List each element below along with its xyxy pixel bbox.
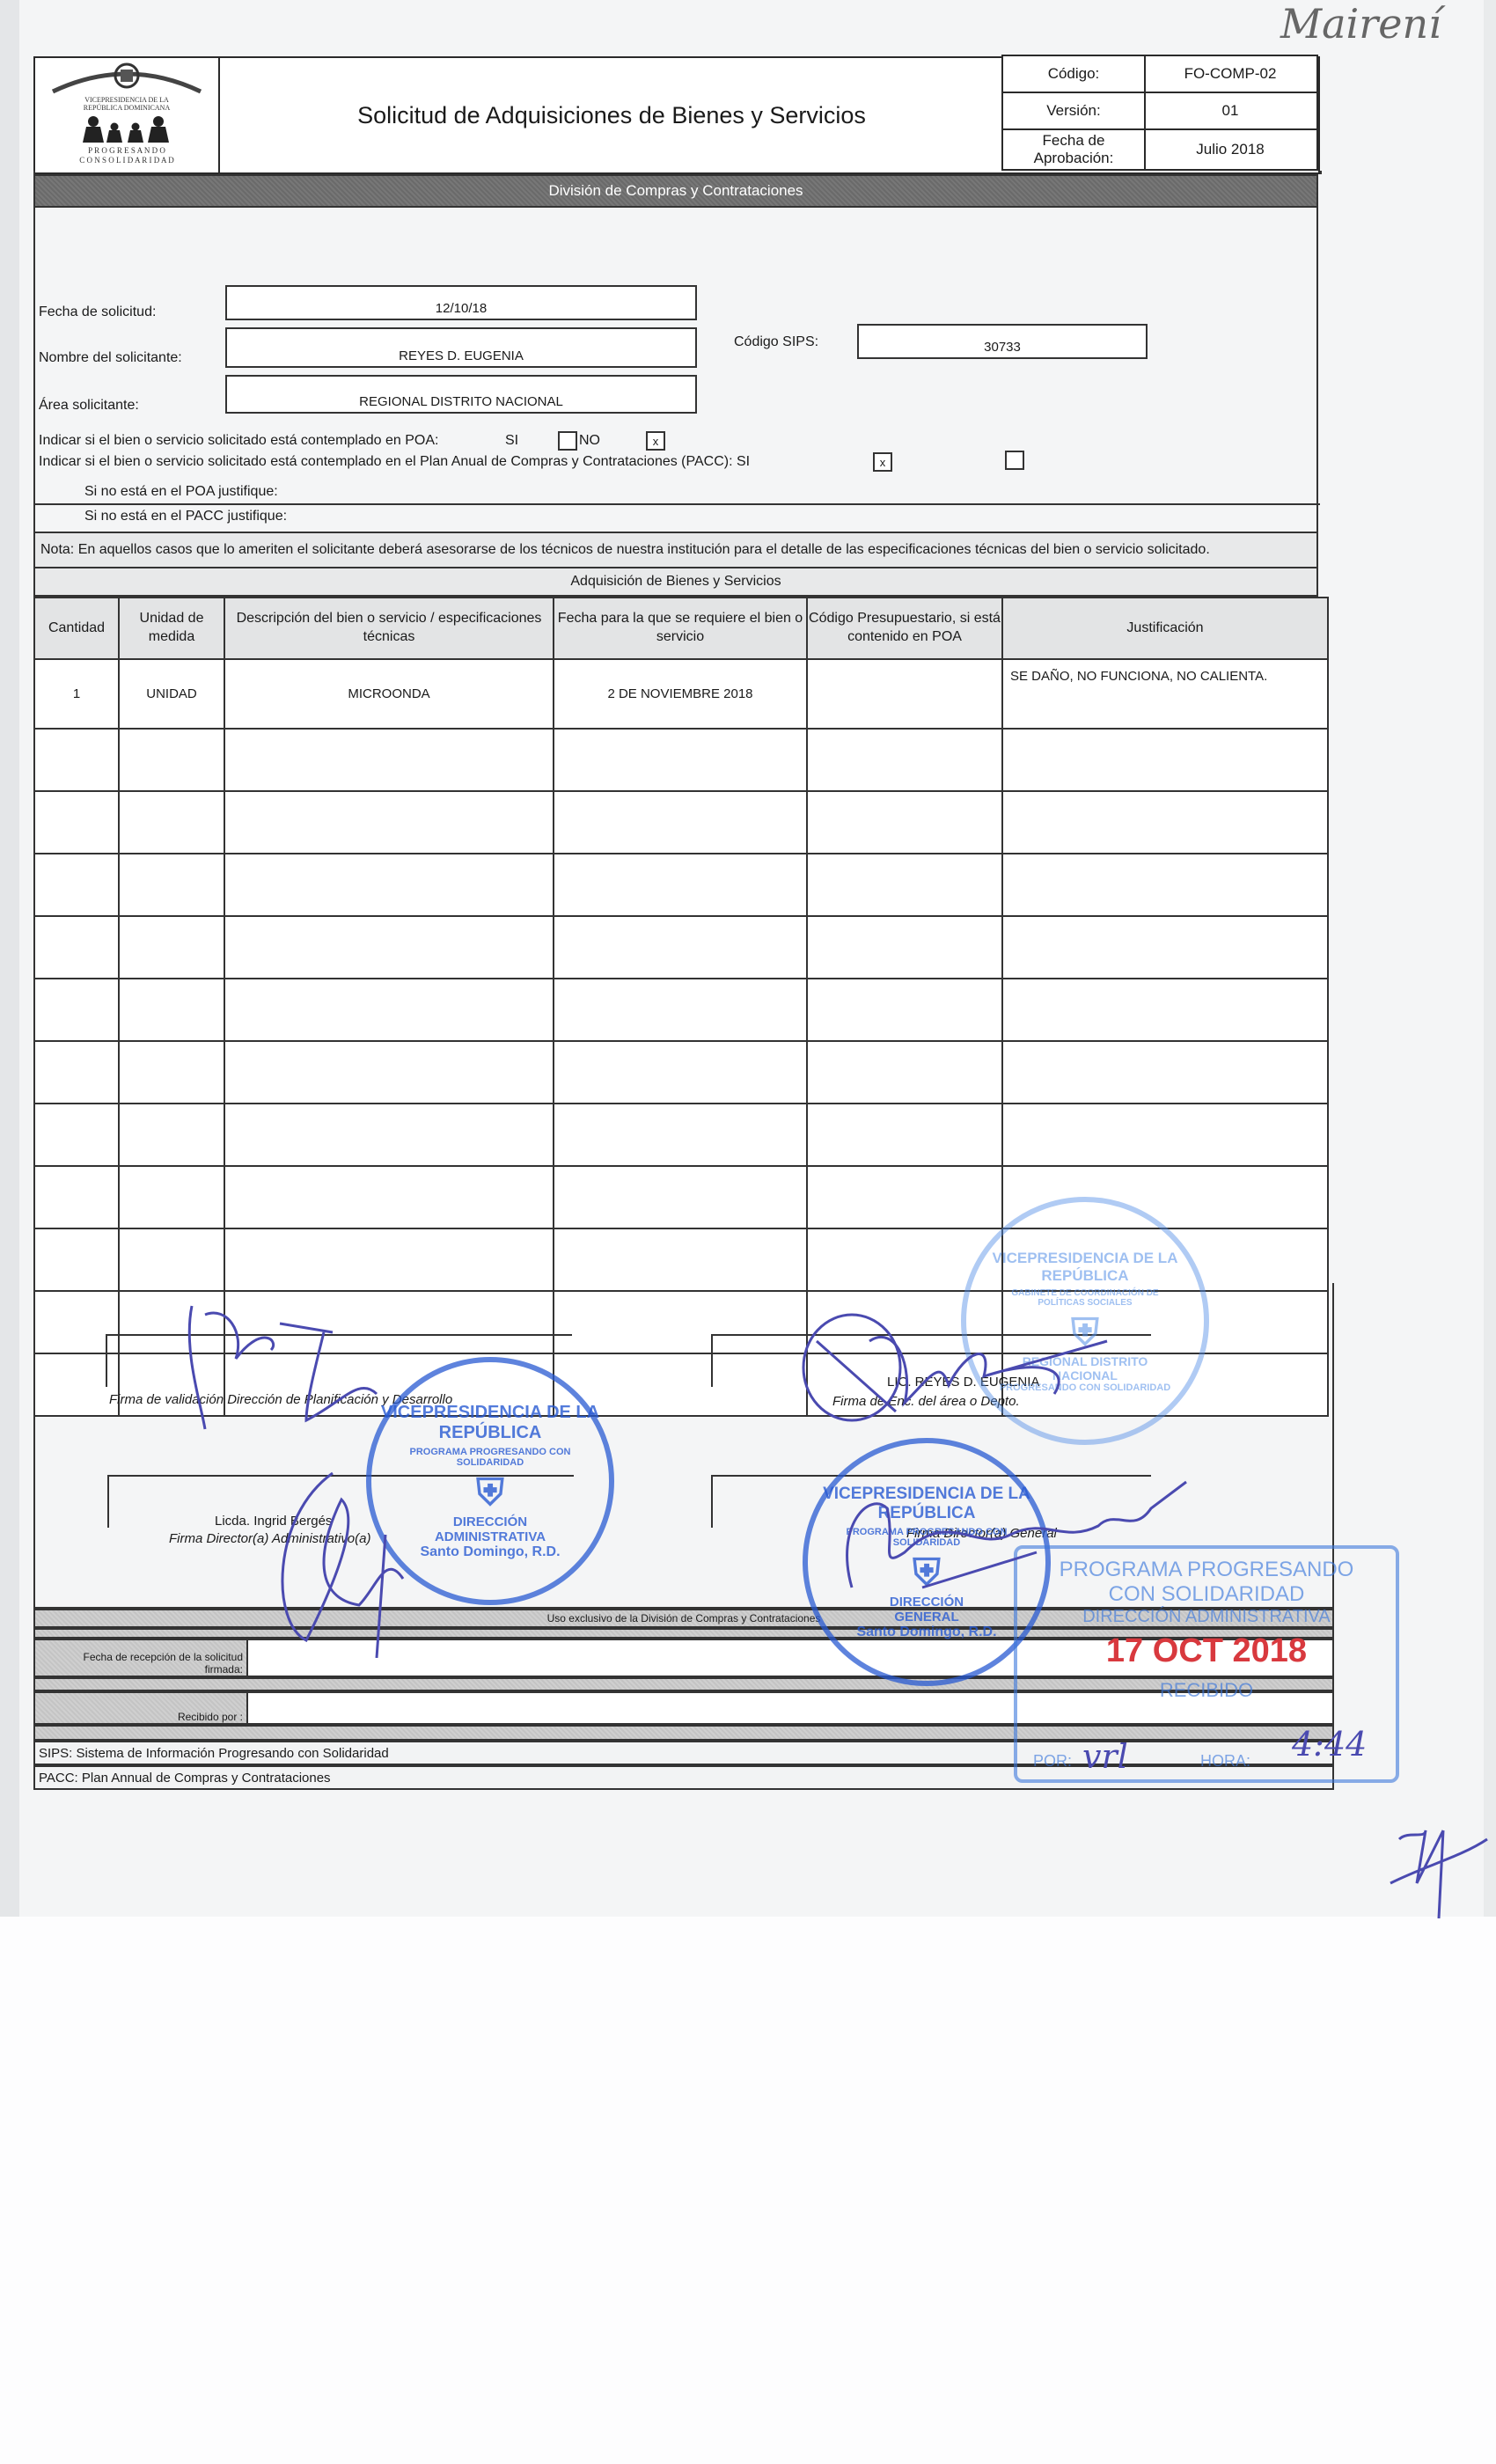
label-line: Fecha de recepción de la solicitud — [35, 1651, 243, 1663]
table-cell[interactable] — [34, 1041, 119, 1104]
meta-codigo: Código: FO-COMP-02 — [1001, 55, 1318, 93]
table-cell[interactable] — [1002, 1104, 1328, 1166]
table-cell[interactable] — [34, 1166, 119, 1228]
handwritten-annotation-top: Mairení — [1280, 0, 1441, 48]
logo-line-3: P R O G R E S A N D O — [35, 146, 218, 156]
fecha-field[interactable]: 12/10/18 — [225, 285, 697, 320]
stamp-text: RECIBIDO — [1017, 1679, 1396, 1702]
poa-justify-label: Si no está en el POA justifique: — [84, 484, 278, 500]
table-cell[interactable] — [807, 854, 1002, 916]
meta-value: FO-COMP-02 — [1144, 56, 1316, 92]
table-cell[interactable] — [34, 916, 119, 979]
table-cell[interactable] — [34, 729, 119, 791]
poa-si-label: SI — [505, 433, 518, 449]
table-cell[interactable]: MICROONDA — [224, 659, 554, 729]
table-cell[interactable] — [119, 1228, 224, 1291]
table-cell[interactable] — [34, 791, 119, 854]
col-unidad: Unidad de medida — [119, 598, 224, 659]
table-header-row: Cantidad Unidad de medida Descripción de… — [34, 598, 1328, 659]
col-fecha: Fecha para la que se requiere el bien o … — [554, 598, 807, 659]
received-by-handwriting: vrl — [1082, 1737, 1128, 1776]
table-cell[interactable] — [34, 1228, 119, 1291]
sips-field[interactable]: 30733 — [857, 324, 1148, 359]
table-row — [34, 916, 1328, 979]
meta-label: Fecha de Aprobación: — [1003, 130, 1146, 169]
form-header: VICEPRESIDENCIA DE LA REPÚBLICA DOMINICA… — [33, 56, 1320, 174]
form-meta: Código: FO-COMP-02 Versión: 01 Fecha de … — [1001, 55, 1318, 172]
stamp-text: HORA: — [1200, 1752, 1250, 1771]
signature-administrativo-icon — [253, 1464, 429, 1658]
table-cell[interactable] — [554, 729, 807, 791]
table-cell[interactable] — [807, 1166, 1002, 1228]
table-cell[interactable]: 1 — [34, 659, 119, 729]
col-descripcion: Descripción del bien o servicio / especi… — [224, 598, 554, 659]
table-cell[interactable]: UNIDAD — [119, 659, 224, 729]
received-time-handwriting: 4:44 — [1292, 1725, 1367, 1764]
initials-handwriting-icon — [1373, 1813, 1496, 1918]
signature-general-icon — [817, 1456, 1257, 1596]
poa-question: Indicar si el bien o servicio solicitado… — [39, 433, 438, 449]
table-cell[interactable] — [34, 979, 119, 1041]
meta-version: Versión: 01 — [1001, 92, 1318, 130]
stamp-text: VICEPRESIDENCIA DE LA REPÚBLICA — [966, 1250, 1204, 1285]
table-title: Adquisición de Bienes y Servicios — [33, 568, 1318, 597]
table-cell[interactable] — [119, 1104, 224, 1166]
divider — [35, 503, 1320, 505]
table-cell[interactable] — [1002, 916, 1328, 979]
table-cell[interactable] — [554, 916, 807, 979]
meta-fecha-aprobacion: Fecha de Aprobación: Julio 2018 — [1001, 128, 1318, 171]
table-cell[interactable] — [1002, 791, 1328, 854]
pacc-si-checkbox[interactable]: x — [873, 452, 892, 472]
table-row — [34, 729, 1328, 791]
table-cell[interactable]: SE DAÑO, NO FUNCIONA, NO CALIENTA. — [1002, 659, 1328, 729]
table-cell[interactable]: 2 DE NOVIEMBRE 2018 — [554, 659, 807, 729]
meta-label: Versión: — [1003, 93, 1146, 128]
table-cell[interactable] — [1002, 979, 1328, 1041]
meta-value: 01 — [1144, 93, 1316, 128]
shield-icon: ⛨ — [476, 1471, 504, 1514]
table-cell[interactable] — [119, 854, 224, 916]
signature-planificacion-icon — [174, 1297, 465, 1438]
table-cell[interactable] — [119, 1041, 224, 1104]
table-cell[interactable] — [119, 979, 224, 1041]
pacc-justify-label: Si no está en el PACC justifique: — [84, 509, 287, 524]
stamp-text: POR: — [1033, 1752, 1072, 1771]
col-codigo: Código Presupuestario, si está contenido… — [807, 598, 1002, 659]
scan-right-edge — [1484, 0, 1496, 1917]
table-cell[interactable] — [807, 1041, 1002, 1104]
table-cell[interactable] — [807, 916, 1002, 979]
division-banner: División de Compras y Contrataciones — [33, 174, 1318, 208]
received-date: 17 OCT 2018 — [1017, 1632, 1396, 1670]
table-cell[interactable] — [554, 1166, 807, 1228]
stamp-text: DIRECCIÓN GENERAL — [861, 1595, 993, 1624]
meta-label: Código: — [1003, 56, 1146, 92]
table-cell[interactable] — [554, 854, 807, 916]
table-cell[interactable] — [807, 979, 1002, 1041]
table-cell[interactable] — [224, 916, 554, 979]
area-field[interactable]: REGIONAL DISTRITO NACIONAL — [225, 375, 697, 414]
stamp-text: GABINETE DE COORDINACIÓN DE POLÍTICAS SO… — [987, 1288, 1183, 1308]
table-row — [34, 854, 1328, 916]
meta-value: Julio 2018 — [1144, 130, 1316, 169]
table-cell[interactable] — [807, 791, 1002, 854]
table-cell[interactable] — [34, 1104, 119, 1166]
table-row — [34, 791, 1328, 854]
table-cell[interactable] — [1002, 729, 1328, 791]
table-cell[interactable] — [224, 1228, 554, 1291]
table-cell[interactable] — [119, 916, 224, 979]
table-row — [34, 1041, 1328, 1104]
poa-no-label: NO — [579, 433, 600, 449]
col-justificacion: Justificación — [1002, 598, 1328, 659]
table-cell[interactable] — [554, 979, 807, 1041]
stamp-text: Santo Domingo, R.D. — [856, 1624, 996, 1640]
table-cell[interactable] — [554, 1228, 807, 1291]
area-label: Área solicitante: — [39, 398, 139, 414]
table-cell[interactable] — [1002, 854, 1328, 916]
table-row — [34, 979, 1328, 1041]
form-title: Solicitud de Adquisiciones de Bienes y S… — [220, 58, 1003, 172]
table-cell[interactable] — [554, 1104, 807, 1166]
table-cell[interactable] — [224, 1104, 554, 1166]
table-cell[interactable] — [224, 1041, 554, 1104]
col-cantidad: Cantidad — [34, 598, 119, 659]
stamp-text: Santo Domingo, R.D. — [420, 1544, 560, 1560]
poa-si-checkbox[interactable] — [558, 431, 577, 451]
stamp-text: DIRECCIÓN ADMINISTRATIVA — [1017, 1607, 1396, 1627]
recibido-por-label: Recibido por : — [35, 1693, 246, 1723]
table-cell[interactable] — [119, 1166, 224, 1228]
table-cell[interactable] — [807, 729, 1002, 791]
logo-line-4: C O N S O L I D A R I D A D — [35, 156, 218, 165]
request-form: Fecha de solicitud: 12/10/18 Nombre del … — [33, 208, 1318, 533]
table-cell[interactable] — [119, 791, 224, 854]
table-row — [34, 1104, 1328, 1166]
fecha-recepcion-label: Fecha de recepción de la solicitud firma… — [35, 1640, 246, 1676]
table-cell[interactable] — [224, 979, 554, 1041]
table-row: 1UNIDADMICROONDA2 DE NOVIEMBRE 2018SE DA… — [34, 659, 1328, 729]
pacc-no-checkbox[interactable] — [1005, 451, 1024, 470]
label-line: firmada: — [35, 1663, 243, 1676]
table-cell[interactable] — [807, 659, 1002, 729]
table-cell[interactable] — [119, 729, 224, 791]
table-cell[interactable] — [224, 729, 554, 791]
note-text: Nota: En aquellos casos que lo ameriten … — [33, 533, 1318, 568]
table-cell[interactable] — [224, 1166, 554, 1228]
signature-encargado-icon — [790, 1306, 1142, 1447]
scan-left-edge — [0, 0, 19, 1917]
table-cell[interactable] — [554, 791, 807, 854]
table-cell[interactable] — [1002, 1041, 1328, 1104]
pacc-question: Indicar si el bien o servicio solicitado… — [39, 454, 750, 470]
table-cell[interactable] — [34, 854, 119, 916]
stamp-text: DIRECCIÓN ADMINISTRATIVA — [407, 1514, 574, 1544]
nombre-field[interactable]: REYES D. EUGENIA — [225, 327, 697, 368]
poa-no-checkbox[interactable]: x — [646, 431, 665, 451]
sips-label: Código SIPS: — [734, 334, 818, 350]
table-cell[interactable] — [807, 1104, 1002, 1166]
fecha-label: Fecha de solicitud: — [39, 304, 156, 320]
logo-line-2: REPÚBLICA DOMINICANA — [35, 105, 218, 113]
logo: VICEPRESIDENCIA DE LA REPÚBLICA DOMINICA… — [35, 58, 220, 172]
nombre-label: Nombre del solicitante: — [39, 350, 182, 366]
table-cell[interactable] — [224, 791, 554, 854]
table-cell[interactable] — [554, 1041, 807, 1104]
table-cell[interactable] — [224, 854, 554, 916]
